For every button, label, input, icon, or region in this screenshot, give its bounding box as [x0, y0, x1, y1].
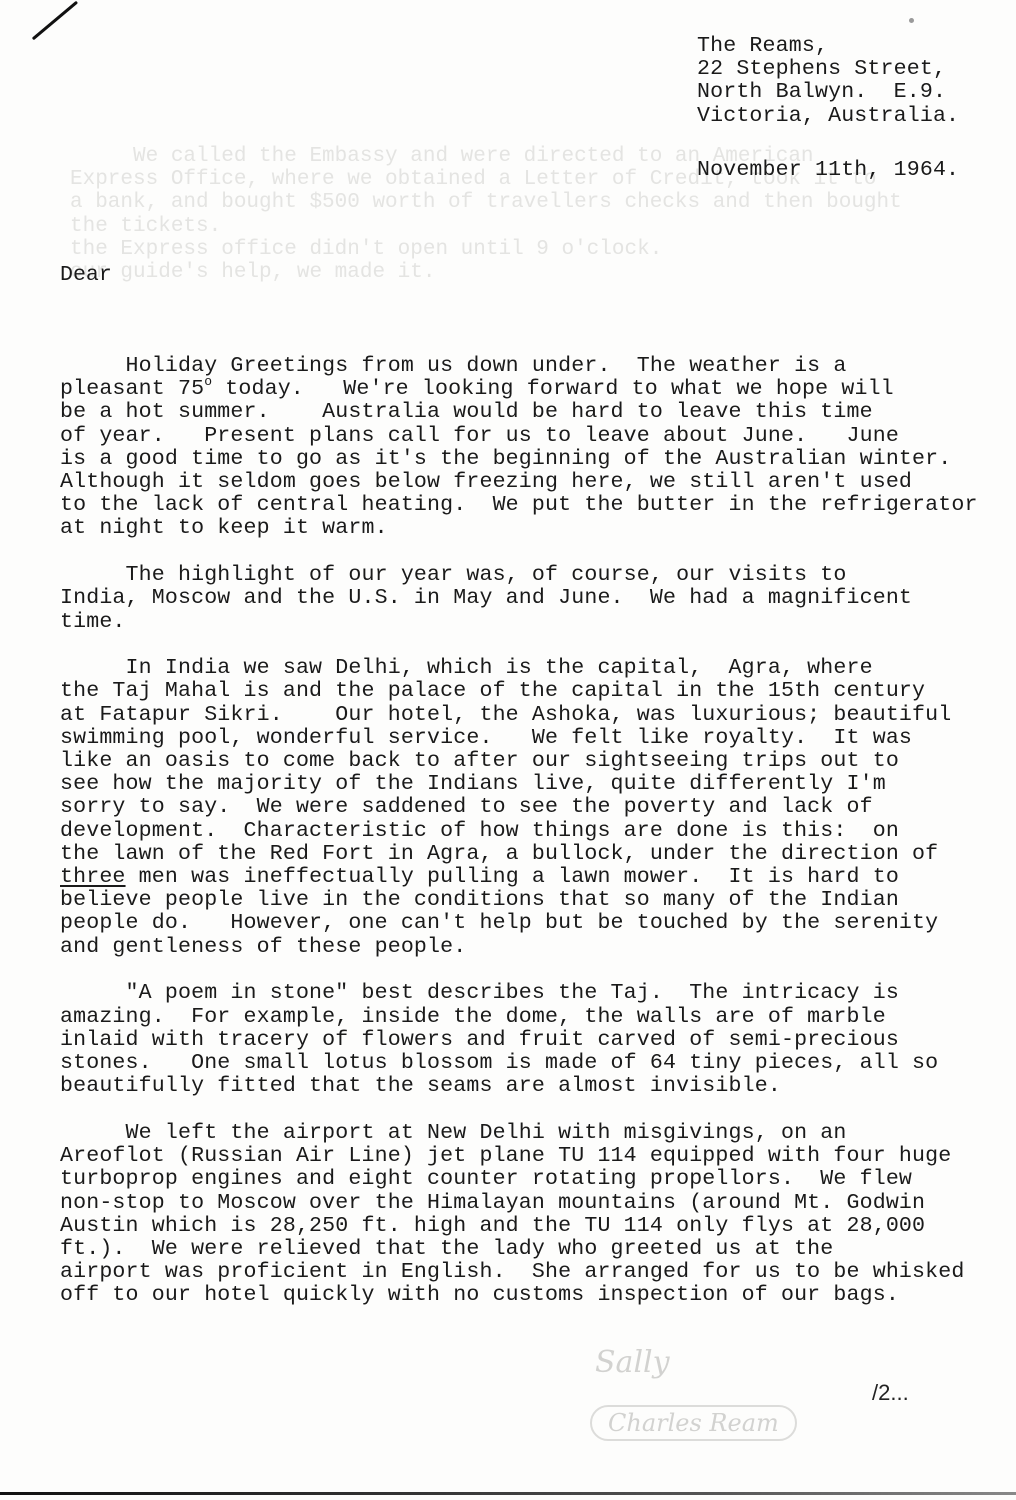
text-line: to the lack of central heating. We put t… — [60, 494, 1016, 517]
text-line: Austin which is 28,250 ft. high and the … — [60, 1215, 1016, 1238]
text-line: of year. Present plans call for us to le… — [60, 425, 1016, 448]
text-line: Areoflot (Russian Air Line) jet plane TU… — [60, 1145, 1016, 1168]
text-line: airport was proficient in English. She a… — [60, 1261, 1016, 1284]
paragraph-flight: We left the airport at New Delhi with mi… — [60, 1122, 1016, 1308]
text-line: development. Characteristic of how thing… — [60, 820, 1016, 843]
salutation: Dear — [60, 263, 112, 287]
text-line: amazing. For example, inside the dome, t… — [60, 1006, 1016, 1029]
text-line: three men was ineffectually pulling a la… — [60, 866, 1016, 889]
text-fragment: pleasant 75 — [60, 377, 204, 401]
sender-address: The Reams, 22 Stephens Street, North Bal… — [697, 35, 959, 128]
paragraph-india: In India we saw Delhi, which is the capi… — [60, 657, 1016, 959]
text-line: "A poem in stone" best describes the Taj… — [60, 982, 1016, 1005]
text-line: see how the majority of the Indians live… — [60, 773, 1016, 796]
text-line: non-stop to Moscow over the Himalayan mo… — [60, 1192, 1016, 1215]
address-line-2: 22 Stephens Street, — [697, 58, 959, 81]
address-line-4: Victoria, Australia. — [697, 105, 959, 128]
date-text: November 11th, 1964. — [697, 159, 959, 182]
text-line: stones. One small lotus blossom is made … — [60, 1052, 1016, 1075]
paragraph-holiday-greetings: Holiday Greetings from us down under. Th… — [60, 355, 1016, 541]
page-continuation-mark: /2... — [872, 1380, 909, 1406]
text-line: Although it seldom goes below freezing h… — [60, 471, 1016, 494]
text-line: sorry to say. We were saddened to see th… — [60, 796, 1016, 819]
text-line: pleasant 75o today. We're looking forwar… — [60, 378, 1016, 401]
degree-mark: o — [204, 374, 212, 389]
underlined-word: three — [60, 865, 126, 889]
text-line: be a hot summer. Australia would be hard… — [60, 401, 1016, 424]
text-line: like an oasis to come back to after our … — [60, 750, 1016, 773]
text-line: turboprop engines and eight counter rota… — [60, 1168, 1016, 1191]
page-bottom-edge — [0, 1492, 1016, 1495]
letter-body: Holiday Greetings from us down under. Th… — [60, 355, 1016, 1331]
letter-date: November 11th, 1964. — [697, 159, 959, 182]
letter-page: We called the Embassy and were directed … — [0, 0, 1016, 1500]
text-line: beautifully fitted that the seams are al… — [60, 1075, 1016, 1098]
text-line: We left the airport at New Delhi with mi… — [60, 1122, 1016, 1145]
text-line: swimming pool, wonderful service. We fel… — [60, 727, 1016, 750]
text-fragment: today. We're looking forward to what we … — [212, 377, 894, 401]
text-line: The highlight of our year was, of course… — [60, 564, 1016, 587]
text-line: In India we saw Delhi, which is the capi… — [60, 657, 1016, 680]
text-line: is a good time to go as it's the beginni… — [60, 448, 1016, 471]
text-line: people do. However, one can't help but b… — [60, 912, 1016, 935]
text-line: at night to keep it warm. — [60, 517, 1016, 540]
text-line: at Fatapur Sikri. Our hotel, the Ashoka,… — [60, 704, 1016, 727]
text-line: inlaid with tracery of flowers and fruit… — [60, 1029, 1016, 1052]
faint-signature-sally: Sally — [595, 1345, 670, 1380]
paragraph-highlight: The highlight of our year was, of course… — [60, 564, 1016, 634]
text-line: believe people live in the conditions th… — [60, 889, 1016, 912]
text-line: and gentleness of these people. — [60, 936, 1016, 959]
corner-slash-mark — [32, 1, 78, 41]
text-line: India, Moscow and the U.S. in May and Ju… — [60, 587, 1016, 610]
paper-speck — [909, 18, 914, 23]
address-line-1: The Reams, — [697, 35, 959, 58]
paragraph-taj: "A poem in stone" best describes the Taj… — [60, 982, 1016, 1098]
faint-signature-charles: Charles Ream — [590, 1405, 797, 1441]
text-fragment: men was ineffectually pulling a lawn mow… — [126, 865, 899, 889]
text-line: off to our hotel quickly with no customs… — [60, 1284, 1016, 1307]
text-line: the Taj Mahal is and the palace of the c… — [60, 680, 1016, 703]
address-line-3: North Balwyn. E.9. — [697, 81, 959, 104]
text-line: time. — [60, 611, 1016, 634]
text-line: ft.). We were relieved that the lady who… — [60, 1238, 1016, 1261]
text-line: the lawn of the Red Fort in Agra, a bull… — [60, 843, 1016, 866]
